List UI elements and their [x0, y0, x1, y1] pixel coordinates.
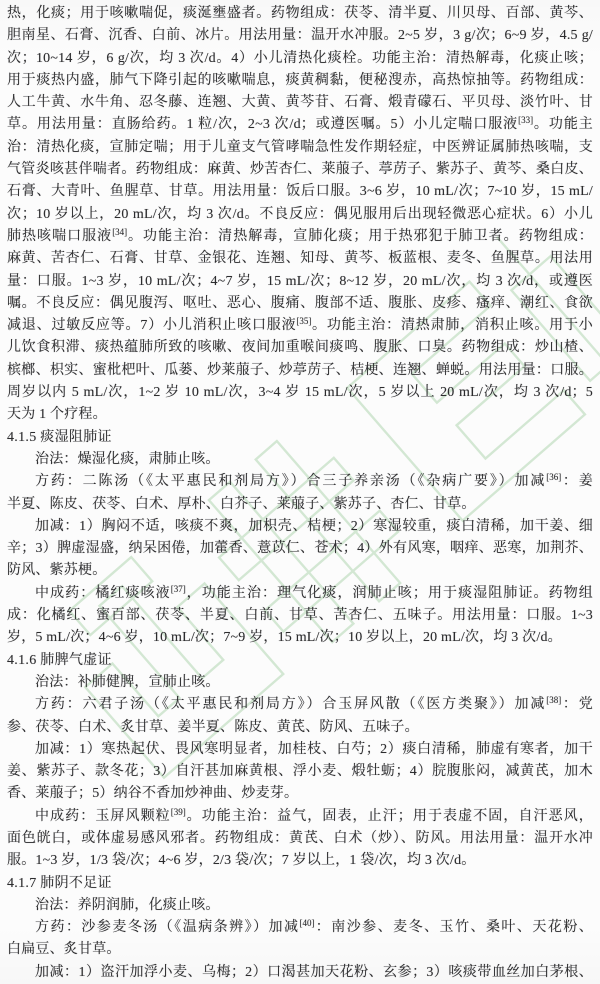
text-line: 服。1~3 岁，1/3 袋/次；4~6 岁，2/3 袋/次；7 岁以上，1 袋/… [7, 850, 593, 872]
section-heading: 4.1.5 痰湿阻肺证 [7, 427, 593, 449]
section-heading: 4.1.6 肺脾气虚证 [7, 650, 593, 672]
text-line: 治法：燥湿化痰，肃肺止咳。 [7, 449, 593, 471]
text-line: 方药：六君子汤（《太平惠民和剂局方》）合玉屏风散（《医方类聚》）加减[38]：党 [7, 694, 593, 716]
text-line: 姜、紫苏子、款冬花；3）自汗甚加麻黄根、浮小麦、煅牡蛎；4）脘腹胀闷，减黄芪，加… [7, 761, 593, 783]
section-heading: 4.1.7 肺阴不足证 [7, 873, 593, 895]
reference-marker: [33] [518, 115, 533, 125]
text-line: 治法：养阴润肺，化痰止咳。 [7, 895, 593, 917]
text-line: 中成药：玉屏风颗粒[39]。功能主治：益气，固表，止汗；用于表虚不固，自汗恶风， [7, 806, 593, 828]
text-line: 胆南星、石膏、沉香、白前、冰片。用法用量：温开水冲服。2~5 岁，3 g/次；6… [7, 25, 593, 47]
text-line: 方药：二陈汤（《太平惠民和剂局方》）合三子养亲汤（《杂病广要》）加减[36]：姜 [7, 471, 593, 493]
text-line: 石膏、大青叶、鱼腥草、甘草。用法用量：饭后口服。3~6 岁，10 mL/次；7~… [7, 181, 593, 203]
reference-marker: [37] [171, 584, 186, 594]
text-line: 香、莱菔子；5）纳谷不香加炒神曲、炒麦芽。 [7, 783, 593, 805]
text-line: 加减：1）寒热起伏、畏风寒明显者，加桂枝、白芍；2）痰白清稀，肺虚有寒者，加干 [7, 739, 593, 761]
text-line: 儿饮食积滞、痰热蕴肺所致的咳嗽、夜间加重喉间痰鸣、腹胀、口臭。药物组成：炒山楂、 [7, 337, 593, 359]
reference-marker: [34] [112, 227, 127, 237]
text-line: 面色㿠白，或体虚易感风邪者。药物组成：黄芪、白术（炒）、防风。用法用量：温开水冲 [7, 828, 593, 850]
text-line: 用于痰热内盛，肺气下降引起的咳嗽喘息，痰黄稠黏，便秘溲赤，高热惊抽等。药物组成： [7, 70, 593, 92]
text-line: 天为 1 个疗程。 [7, 404, 593, 426]
text-line: 岁，5 mL/次；4~6 岁，10 mL/次；7~9 岁，15 mL/次；10 … [7, 627, 593, 649]
text-line: 白扁豆、炙甘草。 [7, 939, 593, 961]
text-line: 中成药：橘红痰咳液[37]，功能主治：理气化痰，润肺止咳；用于痰湿阻肺证。药物组 [7, 583, 593, 605]
text-line: 槟榔、枳实、蜜枇杷叶、瓜蒌、炒莱菔子、炒葶苈子、桔梗、连翘、蝉蜕。用法用量：口服… [7, 360, 593, 382]
reference-marker: [38] [546, 695, 561, 705]
text-line: 草。用法用量：直肠给药。1 粒/次，2~3 次/d；或遵医嘱。5）小儿定喘口服液… [7, 114, 593, 136]
reference-marker: [39] [171, 807, 186, 817]
text-line: 参、茯苓、白术、炙甘草、姜半夏、陈皮、黄芪、防风、五味子。 [7, 717, 593, 739]
document-page: 热，化痰；用于咳嗽喘促，痰涎壅盛者。药物组成：茯苓、清半夏、川贝母、百部、黄芩、… [0, 0, 600, 984]
text-line: 嘱。不良反应：偶见腹泻、呕吐、恶心、腹痛、腹部不适、腹胀、皮疹、瘙痒、潮红、食欲 [7, 293, 593, 315]
text-line: 方药：沙参麦冬汤（《温病条辨》）加减[40]：南沙参、麦冬、玉竹、桑叶、天花粉、 [7, 917, 593, 939]
text-line: 周岁以内 5 mL/次，1~2 岁 10 mL/次，3~4 岁 15 mL/次，… [7, 382, 593, 404]
text-line: 治法：补肺健脾，宣肺止咳。 [7, 672, 593, 694]
text-line: 加减：1）胸闷不适，咳痰不爽，加枳壳、桔梗；2）寒湿较重，痰白清稀，加干姜、细 [7, 516, 593, 538]
reference-marker: [40] [300, 918, 315, 928]
document-text: 热，化痰；用于咳嗽喘促，痰涎壅盛者。药物组成：茯苓、清半夏、川贝母、百部、黄芩、… [7, 3, 593, 984]
text-line: 加减：1）盗汗加浮小麦、乌梅；2）口渴甚加天花粉、玄参；3）咳痰带血丝加白茅根、 [7, 962, 593, 984]
text-line: 次；10~14 岁，6 g/次，均 3 次/d。4）小儿清热化痰栓。功能主治：清… [7, 48, 593, 70]
text-line: 减退、过敏反应等。7）小儿消积止咳口服液[35]。功能主治：清热肃肺，消积止咳。… [7, 315, 593, 337]
reference-marker: [35] [296, 316, 311, 326]
text-line: 麻黄、苦杏仁、石膏、甘草、金银花、连翘、知母、黄芩、板蓝根、麦冬、鱼腥草。用法用 [7, 248, 593, 270]
text-line: 气管炎咳甚伴喘者。药物组成：麻黄、炒苦杏仁、莱菔子、葶苈子、紫苏子、黄芩、桑白皮… [7, 159, 593, 181]
text-line: 半夏、陈皮、茯苓、白术、厚朴、白芥子、莱菔子、紫苏子、杏仁、甘草。 [7, 494, 593, 516]
text-line: 防风、紫苏梗。 [7, 560, 593, 582]
text-line: 量：口服。1~3 岁，10 mL/次；4~7 岁，15 mL/次；8~12 岁，… [7, 271, 593, 293]
reference-marker: [36] [546, 472, 561, 482]
text-line: 人工牛黄、水牛角、忍冬藤、连翘、大黄、黄芩苷、石膏、煅青礞石、平贝母、淡竹叶、甘 [7, 92, 593, 114]
text-line: 辛；3）脾虚湿盛，纳呆困倦，加藿香、薏苡仁、苍术；4）外有风寒，咽痒、恶寒，加荆… [7, 538, 593, 560]
text-line: 热，化痰；用于咳嗽喘促，痰涎壅盛者。药物组成：茯苓、清半夏、川贝母、百部、黄芩、 [7, 3, 593, 25]
text-line: 成：化橘红、蜜百部、茯苓、半夏、白前、甘草、苦杏仁、五味子。用法用量：口服。1~… [7, 605, 593, 627]
text-line: 肺热咳喘口服液[34]。功能主治：清热解毒，宣肺化痰；用于热邪犯于肺卫者。药物组… [7, 226, 593, 248]
text-line: 次；10 岁以上，20 mL/次，均 3 次/d。不良反应：偶见服用后出现轻微恶… [7, 204, 593, 226]
text-line: 治：清热化痰，宣肺定喘；用于儿童支气管哮喘急性发作期轻症，中医辨证属肺热咳喘，支 [7, 137, 593, 159]
